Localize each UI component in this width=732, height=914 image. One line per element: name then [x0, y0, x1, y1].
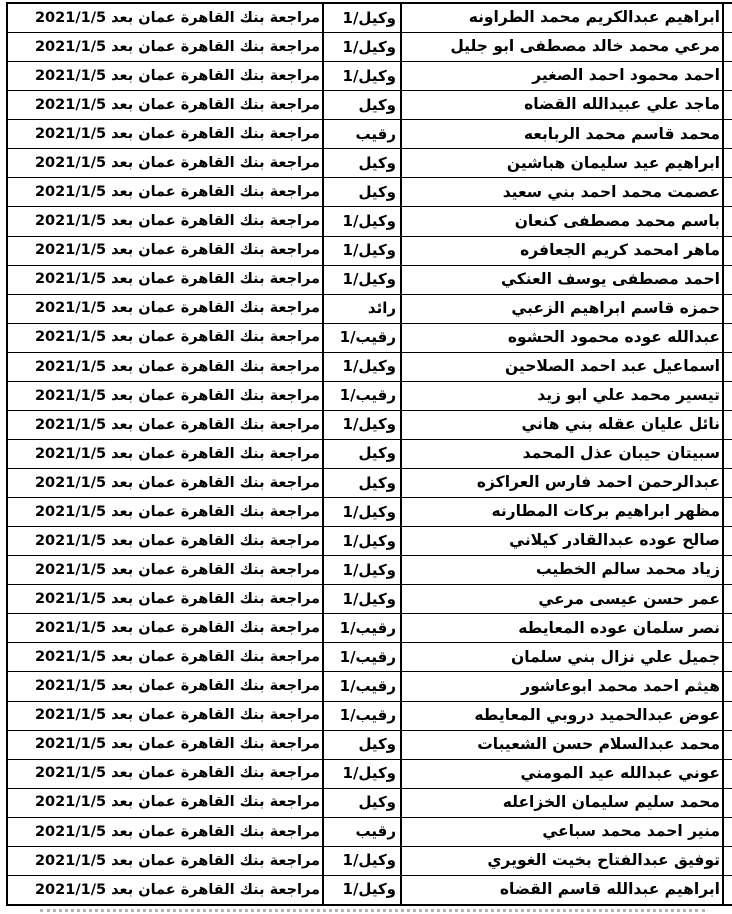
name-cell: زياد محمد سالم الخطيب: [402, 556, 722, 584]
rank-cell: وكيل/1: [322, 411, 402, 439]
table-row: مراجعة بنك القاهرة عمان بعد 2021/1/5 رقي…: [8, 614, 732, 643]
personnel-review-table: مراجعة بنك القاهرة عمان بعد 2021/1/5 وكي…: [6, 2, 732, 906]
rank-cell: وكيل: [322, 731, 402, 759]
name-cell: نائل عليان عقله بني هاني: [402, 411, 722, 439]
name-cell: عبدالرحمن احمد فارس العراكزه: [402, 469, 722, 497]
rank-cell: رقيب/1: [322, 702, 402, 730]
review-note-cell: مراجعة بنك القاهرة عمان بعد 2021/1/5: [8, 731, 322, 759]
rank-cell: رقيب/1: [322, 324, 402, 352]
cut-off-edge-cell: [722, 207, 732, 235]
cut-off-edge-cell: [722, 789, 732, 817]
name-cell: تيسير محمد علي ابو زيد: [402, 382, 722, 410]
review-note-cell: مراجعة بنك القاهرة عمان بعد 2021/1/5: [8, 789, 322, 817]
name-cell: مظهر ابراهيم بركات المطارنه: [402, 498, 722, 526]
review-note-cell: مراجعة بنك القاهرة عمان بعد 2021/1/5: [8, 295, 322, 323]
rank-cell: وكيل/1: [322, 527, 402, 555]
review-note-cell: مراجعة بنك القاهرة عمان بعد 2021/1/5: [8, 4, 322, 32]
cut-off-edge-cell: [722, 120, 732, 148]
cut-off-edge-cell: [722, 731, 732, 759]
table-row: مراجعة بنك القاهرة عمان بعد 2021/1/5 وكي…: [8, 585, 732, 614]
cut-off-edge-cell: [722, 498, 732, 526]
name-cell: ماجد علي عبيدالله القضاه: [402, 91, 722, 119]
cut-off-edge-cell: [722, 760, 732, 788]
name-cell: صالح عوده عبدالقادر كيلاني: [402, 527, 722, 555]
cut-off-edge-cell: [722, 353, 732, 381]
table-row: مراجعة بنك القاهرة عمان بعد 2021/1/5 رائ…: [8, 295, 732, 324]
review-note-cell: مراجعة بنك القاهرة عمان بعد 2021/1/5: [8, 149, 322, 177]
review-note-cell: مراجعة بنك القاهرة عمان بعد 2021/1/5: [8, 382, 322, 410]
rank-cell: وكيل: [322, 789, 402, 817]
review-note-cell: مراجعة بنك القاهرة عمان بعد 2021/1/5: [8, 469, 322, 497]
rank-cell: رقيب: [322, 818, 402, 846]
cut-off-edge-cell: [722, 643, 732, 671]
rank-cell: وكيل: [322, 469, 402, 497]
rank-cell: وكيل/1: [322, 33, 402, 61]
name-cell: جميل علي نزال بني سلمان: [402, 643, 722, 671]
cut-off-edge-cell: [722, 585, 732, 613]
name-cell: توفيق عبدالفتاح بخيت الغويري: [402, 847, 722, 875]
table-row: مراجعة بنك القاهرة عمان بعد 2021/1/5 وكي…: [8, 33, 732, 62]
table-row: مراجعة بنك القاهرة عمان بعد 2021/1/5 وكي…: [8, 876, 732, 904]
rank-cell: وكيل/1: [322, 4, 402, 32]
rank-cell: رقيب: [322, 120, 402, 148]
rank-cell: وكيل/1: [322, 207, 402, 235]
table-row: مراجعة بنك القاهرة عمان بعد 2021/1/5 وكي…: [8, 353, 732, 382]
review-note-cell: مراجعة بنك القاهرة عمان بعد 2021/1/5: [8, 353, 322, 381]
rank-cell: رقيب/1: [322, 614, 402, 642]
rank-cell: رقيب/1: [322, 643, 402, 671]
cut-off-edge-cell: [722, 382, 732, 410]
rank-cell: وكيل/1: [322, 266, 402, 294]
table-row: مراجعة بنك القاهرة عمان بعد 2021/1/5 رقي…: [8, 324, 732, 353]
rank-cell: وكيل: [322, 91, 402, 119]
table-row: مراجعة بنك القاهرة عمان بعد 2021/1/5 رقي…: [8, 382, 732, 411]
table-row: مراجعة بنك القاهرة عمان بعد 2021/1/5 رقي…: [8, 702, 732, 731]
review-note-cell: مراجعة بنك القاهرة عمان بعد 2021/1/5: [8, 527, 322, 555]
name-cell: عوني عبدالله عيد المومني: [402, 760, 722, 788]
name-cell: عصمت محمد احمد بني سعيد: [402, 178, 722, 206]
review-note-cell: مراجعة بنك القاهرة عمان بعد 2021/1/5: [8, 324, 322, 352]
name-cell: حمزه قاسم ابراهيم الزعبي: [402, 295, 722, 323]
name-cell: محمد سليم سليمان الخزاعله: [402, 789, 722, 817]
name-cell: عبدالله عوده محمود الحشوه: [402, 324, 722, 352]
rank-cell: وكيل/1: [322, 876, 402, 904]
review-note-cell: مراجعة بنك القاهرة عمان بعد 2021/1/5: [8, 266, 322, 294]
review-note-cell: مراجعة بنك القاهرة عمان بعد 2021/1/5: [8, 643, 322, 671]
table-row: مراجعة بنك القاهرة عمان بعد 2021/1/5 رقي…: [8, 120, 732, 149]
name-cell: هيثم احمد محمد ابوعاشور: [402, 672, 722, 700]
name-cell: سبيتان حيبان عذل المحمد: [402, 440, 722, 468]
review-note-cell: مراجعة بنك القاهرة عمان بعد 2021/1/5: [8, 556, 322, 584]
rank-cell: وكيل: [322, 149, 402, 177]
table-row: مراجعة بنك القاهرة عمان بعد 2021/1/5 وكي…: [8, 847, 732, 876]
rank-cell: وكيل/1: [322, 760, 402, 788]
cut-off-edge-cell: [722, 62, 732, 90]
review-note-cell: مراجعة بنك القاهرة عمان بعد 2021/1/5: [8, 498, 322, 526]
review-note-cell: مراجعة بنك القاهرة عمان بعد 2021/1/5: [8, 672, 322, 700]
table-row: مراجعة بنك القاهرة عمان بعد 2021/1/5 وكي…: [8, 4, 732, 33]
review-note-cell: مراجعة بنك القاهرة عمان بعد 2021/1/5: [8, 91, 322, 119]
table-row: مراجعة بنك القاهرة عمان بعد 2021/1/5 وكي…: [8, 62, 732, 91]
rank-cell: وكيل: [322, 178, 402, 206]
cut-off-edge-cell: [722, 149, 732, 177]
clipped-next-row-text: [40, 909, 705, 912]
review-note-cell: مراجعة بنك القاهرة عمان بعد 2021/1/5: [8, 818, 322, 846]
table-row: مراجعة بنك القاهرة عمان بعد 2021/1/5 وكي…: [8, 440, 732, 469]
table-row: مراجعة بنك القاهرة عمان بعد 2021/1/5 وكي…: [8, 731, 732, 760]
review-note-cell: مراجعة بنك القاهرة عمان بعد 2021/1/5: [8, 614, 322, 642]
name-cell: محمد قاسم محمد الربابعه: [402, 120, 722, 148]
cut-off-edge-cell: [722, 91, 732, 119]
name-cell: ماهر امحمد كريم الجعافره: [402, 237, 722, 265]
name-cell: ابراهيم عبدالله قاسم القضاه: [402, 876, 722, 904]
table-row: مراجعة بنك القاهرة عمان بعد 2021/1/5 وكي…: [8, 149, 732, 178]
table-row: مراجعة بنك القاهرة عمان بعد 2021/1/5 وكي…: [8, 527, 732, 556]
review-note-cell: مراجعة بنك القاهرة عمان بعد 2021/1/5: [8, 62, 322, 90]
cut-off-edge-cell: [722, 440, 732, 468]
review-note-cell: مراجعة بنك القاهرة عمان بعد 2021/1/5: [8, 120, 322, 148]
table-row: مراجعة بنك القاهرة عمان بعد 2021/1/5 وكي…: [8, 266, 732, 295]
review-note-cell: مراجعة بنك القاهرة عمان بعد 2021/1/5: [8, 207, 322, 235]
rank-cell: رائد: [322, 295, 402, 323]
review-note-cell: مراجعة بنك القاهرة عمان بعد 2021/1/5: [8, 876, 322, 904]
table-row: مراجعة بنك القاهرة عمان بعد 2021/1/5 وكي…: [8, 760, 732, 789]
name-cell: نصر سلمان عوده المعايطه: [402, 614, 722, 642]
table-row: مراجعة بنك القاهرة عمان بعد 2021/1/5 وكي…: [8, 91, 732, 120]
table-row: مراجعة بنك القاهرة عمان بعد 2021/1/5 وكي…: [8, 207, 732, 236]
name-cell: ابراهيم عيد سليمان هباشين: [402, 149, 722, 177]
rank-cell: وكيل: [322, 440, 402, 468]
cut-off-edge-cell: [722, 411, 732, 439]
rank-cell: وكيل/1: [322, 847, 402, 875]
name-cell: مرعي محمد خالد مصطفى ابو جليل: [402, 33, 722, 61]
cut-off-edge-cell: [722, 556, 732, 584]
table-row: مراجعة بنك القاهرة عمان بعد 2021/1/5 وكي…: [8, 469, 732, 498]
name-cell: منير احمد محمد سباعي: [402, 818, 722, 846]
name-cell: عوض عبدالحميد دروبي المعايطه: [402, 702, 722, 730]
name-cell: احمد مصطفى يوسف العنكي: [402, 266, 722, 294]
name-cell: محمد عبدالسلام حسن الشعيبات: [402, 731, 722, 759]
review-note-cell: مراجعة بنك القاهرة عمان بعد 2021/1/5: [8, 33, 322, 61]
rank-cell: وكيل/1: [322, 353, 402, 381]
name-cell: احمد محمود احمد الصغير: [402, 62, 722, 90]
cut-off-edge-cell: [722, 324, 732, 352]
rank-cell: وكيل/1: [322, 498, 402, 526]
name-cell: عمر حسن عيسى مرعي: [402, 585, 722, 613]
review-note-cell: مراجعة بنك القاهرة عمان بعد 2021/1/5: [8, 585, 322, 613]
table-row: مراجعة بنك القاهرة عمان بعد 2021/1/5 وكي…: [8, 556, 732, 585]
review-note-cell: مراجعة بنك القاهرة عمان بعد 2021/1/5: [8, 411, 322, 439]
cut-off-edge-cell: [722, 266, 732, 294]
cut-off-edge-cell: [722, 876, 732, 904]
cut-off-edge-cell: [722, 33, 732, 61]
table-row: مراجعة بنك القاهرة عمان بعد 2021/1/5 وكي…: [8, 411, 732, 440]
rank-cell: رقيب/1: [322, 382, 402, 410]
table-row: مراجعة بنك القاهرة عمان بعد 2021/1/5 وكي…: [8, 789, 732, 818]
review-note-cell: مراجعة بنك القاهرة عمان بعد 2021/1/5: [8, 702, 322, 730]
review-note-cell: مراجعة بنك القاهرة عمان بعد 2021/1/5: [8, 760, 322, 788]
name-cell: ابراهيم عبدالكريم محمد الطراونه: [402, 4, 722, 32]
table-row: مراجعة بنك القاهرة عمان بعد 2021/1/5 رقي…: [8, 672, 732, 701]
cut-off-edge-cell: [722, 702, 732, 730]
cut-off-edge-cell: [722, 818, 732, 846]
cut-off-edge-cell: [722, 672, 732, 700]
table-row: مراجعة بنك القاهرة عمان بعد 2021/1/5 وكي…: [8, 178, 732, 207]
table-row: مراجعة بنك القاهرة عمان بعد 2021/1/5 رقي…: [8, 818, 732, 847]
rank-cell: وكيل/1: [322, 585, 402, 613]
rank-cell: وكيل/1: [322, 62, 402, 90]
cut-off-edge-cell: [722, 469, 732, 497]
cut-off-edge-cell: [722, 527, 732, 555]
cut-off-edge-cell: [722, 237, 732, 265]
cut-off-edge-cell: [722, 614, 732, 642]
review-note-cell: مراجعة بنك القاهرة عمان بعد 2021/1/5: [8, 847, 322, 875]
cut-off-edge-cell: [722, 4, 732, 32]
table-row: مراجعة بنك القاهرة عمان بعد 2021/1/5 وكي…: [8, 498, 732, 527]
table-row: مراجعة بنك القاهرة عمان بعد 2021/1/5 رقي…: [8, 643, 732, 672]
review-note-cell: مراجعة بنك القاهرة عمان بعد 2021/1/5: [8, 237, 322, 265]
name-cell: باسم محمد مصطفى كنعان: [402, 207, 722, 235]
cut-off-edge-cell: [722, 847, 732, 875]
review-note-cell: مراجعة بنك القاهرة عمان بعد 2021/1/5: [8, 178, 322, 206]
cut-off-edge-cell: [722, 178, 732, 206]
name-cell: اسماعيل عبد احمد الصلاحين: [402, 353, 722, 381]
rank-cell: وكيل/1: [322, 237, 402, 265]
review-note-cell: مراجعة بنك القاهرة عمان بعد 2021/1/5: [8, 440, 322, 468]
rank-cell: رقيب/1: [322, 672, 402, 700]
table-row: مراجعة بنك القاهرة عمان بعد 2021/1/5 وكي…: [8, 237, 732, 266]
rank-cell: وكيل/1: [322, 556, 402, 584]
cut-off-edge-cell: [722, 295, 732, 323]
